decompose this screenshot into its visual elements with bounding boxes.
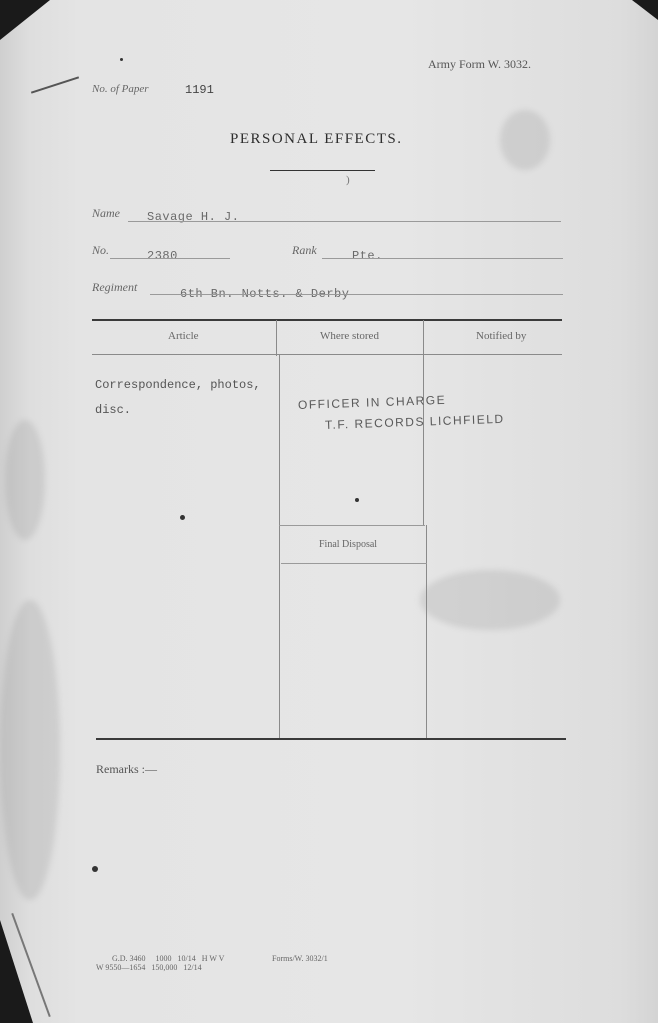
number-value: 2380 [147,249,178,263]
final-disposal-top-rule [279,525,425,526]
remarks-label: Remarks :— [96,762,157,777]
speck [92,866,98,872]
scratch-mark [31,76,79,93]
form-number: Army Form W. 3032. [428,57,531,72]
table-bottom-rule [96,738,566,740]
table-top-rule [92,319,562,321]
title-underline [270,170,375,171]
stain [0,600,60,900]
speck [180,515,185,520]
paper-number: 1191 [185,83,214,97]
column-divider [276,320,277,356]
final-disposal-bottom-rule [281,563,427,564]
final-disposal-label: Final Disposal [319,539,377,550]
table-header-rule [92,354,562,355]
regiment-line [150,294,563,295]
header-article: Article [168,330,199,342]
fold-edge [11,913,51,1017]
rank-line [322,258,563,259]
regiment-label: Regiment [92,280,137,295]
bracket-mark: ) [346,174,350,186]
stain [500,110,550,170]
speck [355,498,359,502]
stain [420,570,560,630]
number-line [110,258,230,259]
speck [120,58,123,61]
header-notified-by: Notified by [476,330,526,342]
paper-label: No. of Paper [92,83,149,95]
header-where-stored: Where stored [320,330,379,342]
rank-value: Pte. [352,249,383,263]
name-line [128,221,561,222]
column-divider [426,525,427,739]
footer-form-ref: Forms/W. 3032/1 [272,954,328,963]
document-page: Army Form W. 3032. No. of Paper 1191 PER… [0,0,658,1023]
column-divider [279,354,280,739]
stain [5,420,45,540]
name-label: Name [92,206,120,221]
article-line-2: disc. [95,403,131,417]
stamp-line-1: OFFICER IN CHARGE [298,393,447,412]
stamp-line-2: T.F. RECORDS LICHFIELD [325,412,505,432]
rank-label: Rank [292,243,317,258]
page-title: PERSONAL EFFECTS. [230,131,402,148]
article-line-1: Correspondence, photos, [95,378,261,392]
footer-line-1: G.D. 3460 1000 10/14 H W V [112,954,224,963]
number-label: No. [92,243,109,258]
footer-line-2: W 9550—1654 150,000 12/14 [96,963,202,972]
